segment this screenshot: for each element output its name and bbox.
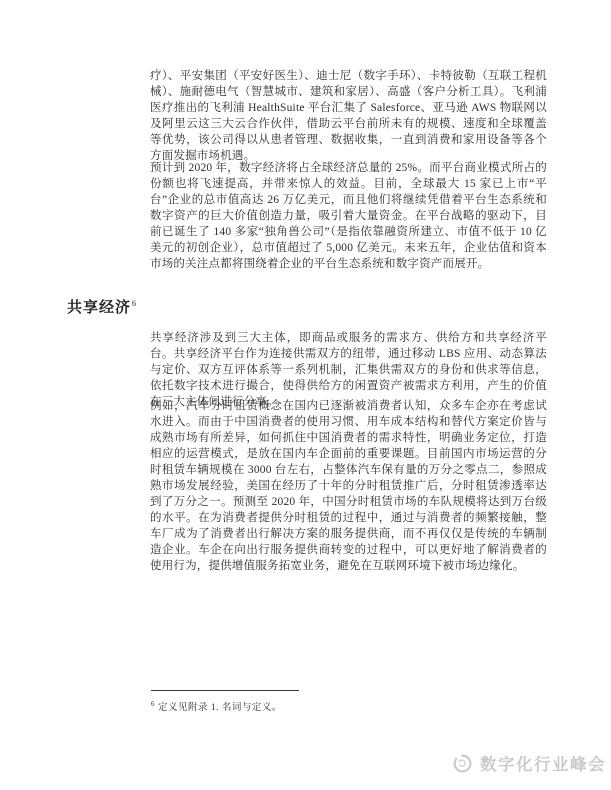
section-heading: 共享经济6 — [67, 296, 137, 317]
watermark-text: 数字化行业峰会 — [480, 751, 606, 775]
footnote: 6定义见附录 1. 名词与定义。 — [151, 699, 282, 713]
document-page: 疗）、平安集团（平安好医生）、迪士尼（数字手环）、卡特彼勒（互联工程机械）、施耐… — [0, 0, 611, 790]
section-paragraph-2: 例如，汽车分时租赁概念在国内已逐渐被消费者认知，众多车企亦在考虑试水进入。而由于… — [150, 398, 547, 574]
circle-swirl-logo-icon — [452, 753, 473, 774]
section-heading-text: 共享经济 — [67, 300, 131, 316]
footnote-separator — [151, 690, 299, 691]
publisher-watermark: 数字化行业峰会 — [452, 751, 606, 775]
heading-footnote-marker: 6 — [132, 299, 137, 308]
footnote-marker: 6 — [151, 700, 155, 708]
footnote-text: 定义见附录 1. 名词与定义。 — [158, 703, 282, 713]
body-paragraph-1: 疗）、平安集团（平安好医生）、迪士尼（数字手环）、卡特彼勒（互联工程机械）、施耐… — [150, 68, 547, 164]
body-paragraph-2: 预计到 2020 年，数字经济将占全球经济总量的 25%。而平台商业模式所占的份… — [150, 160, 547, 272]
